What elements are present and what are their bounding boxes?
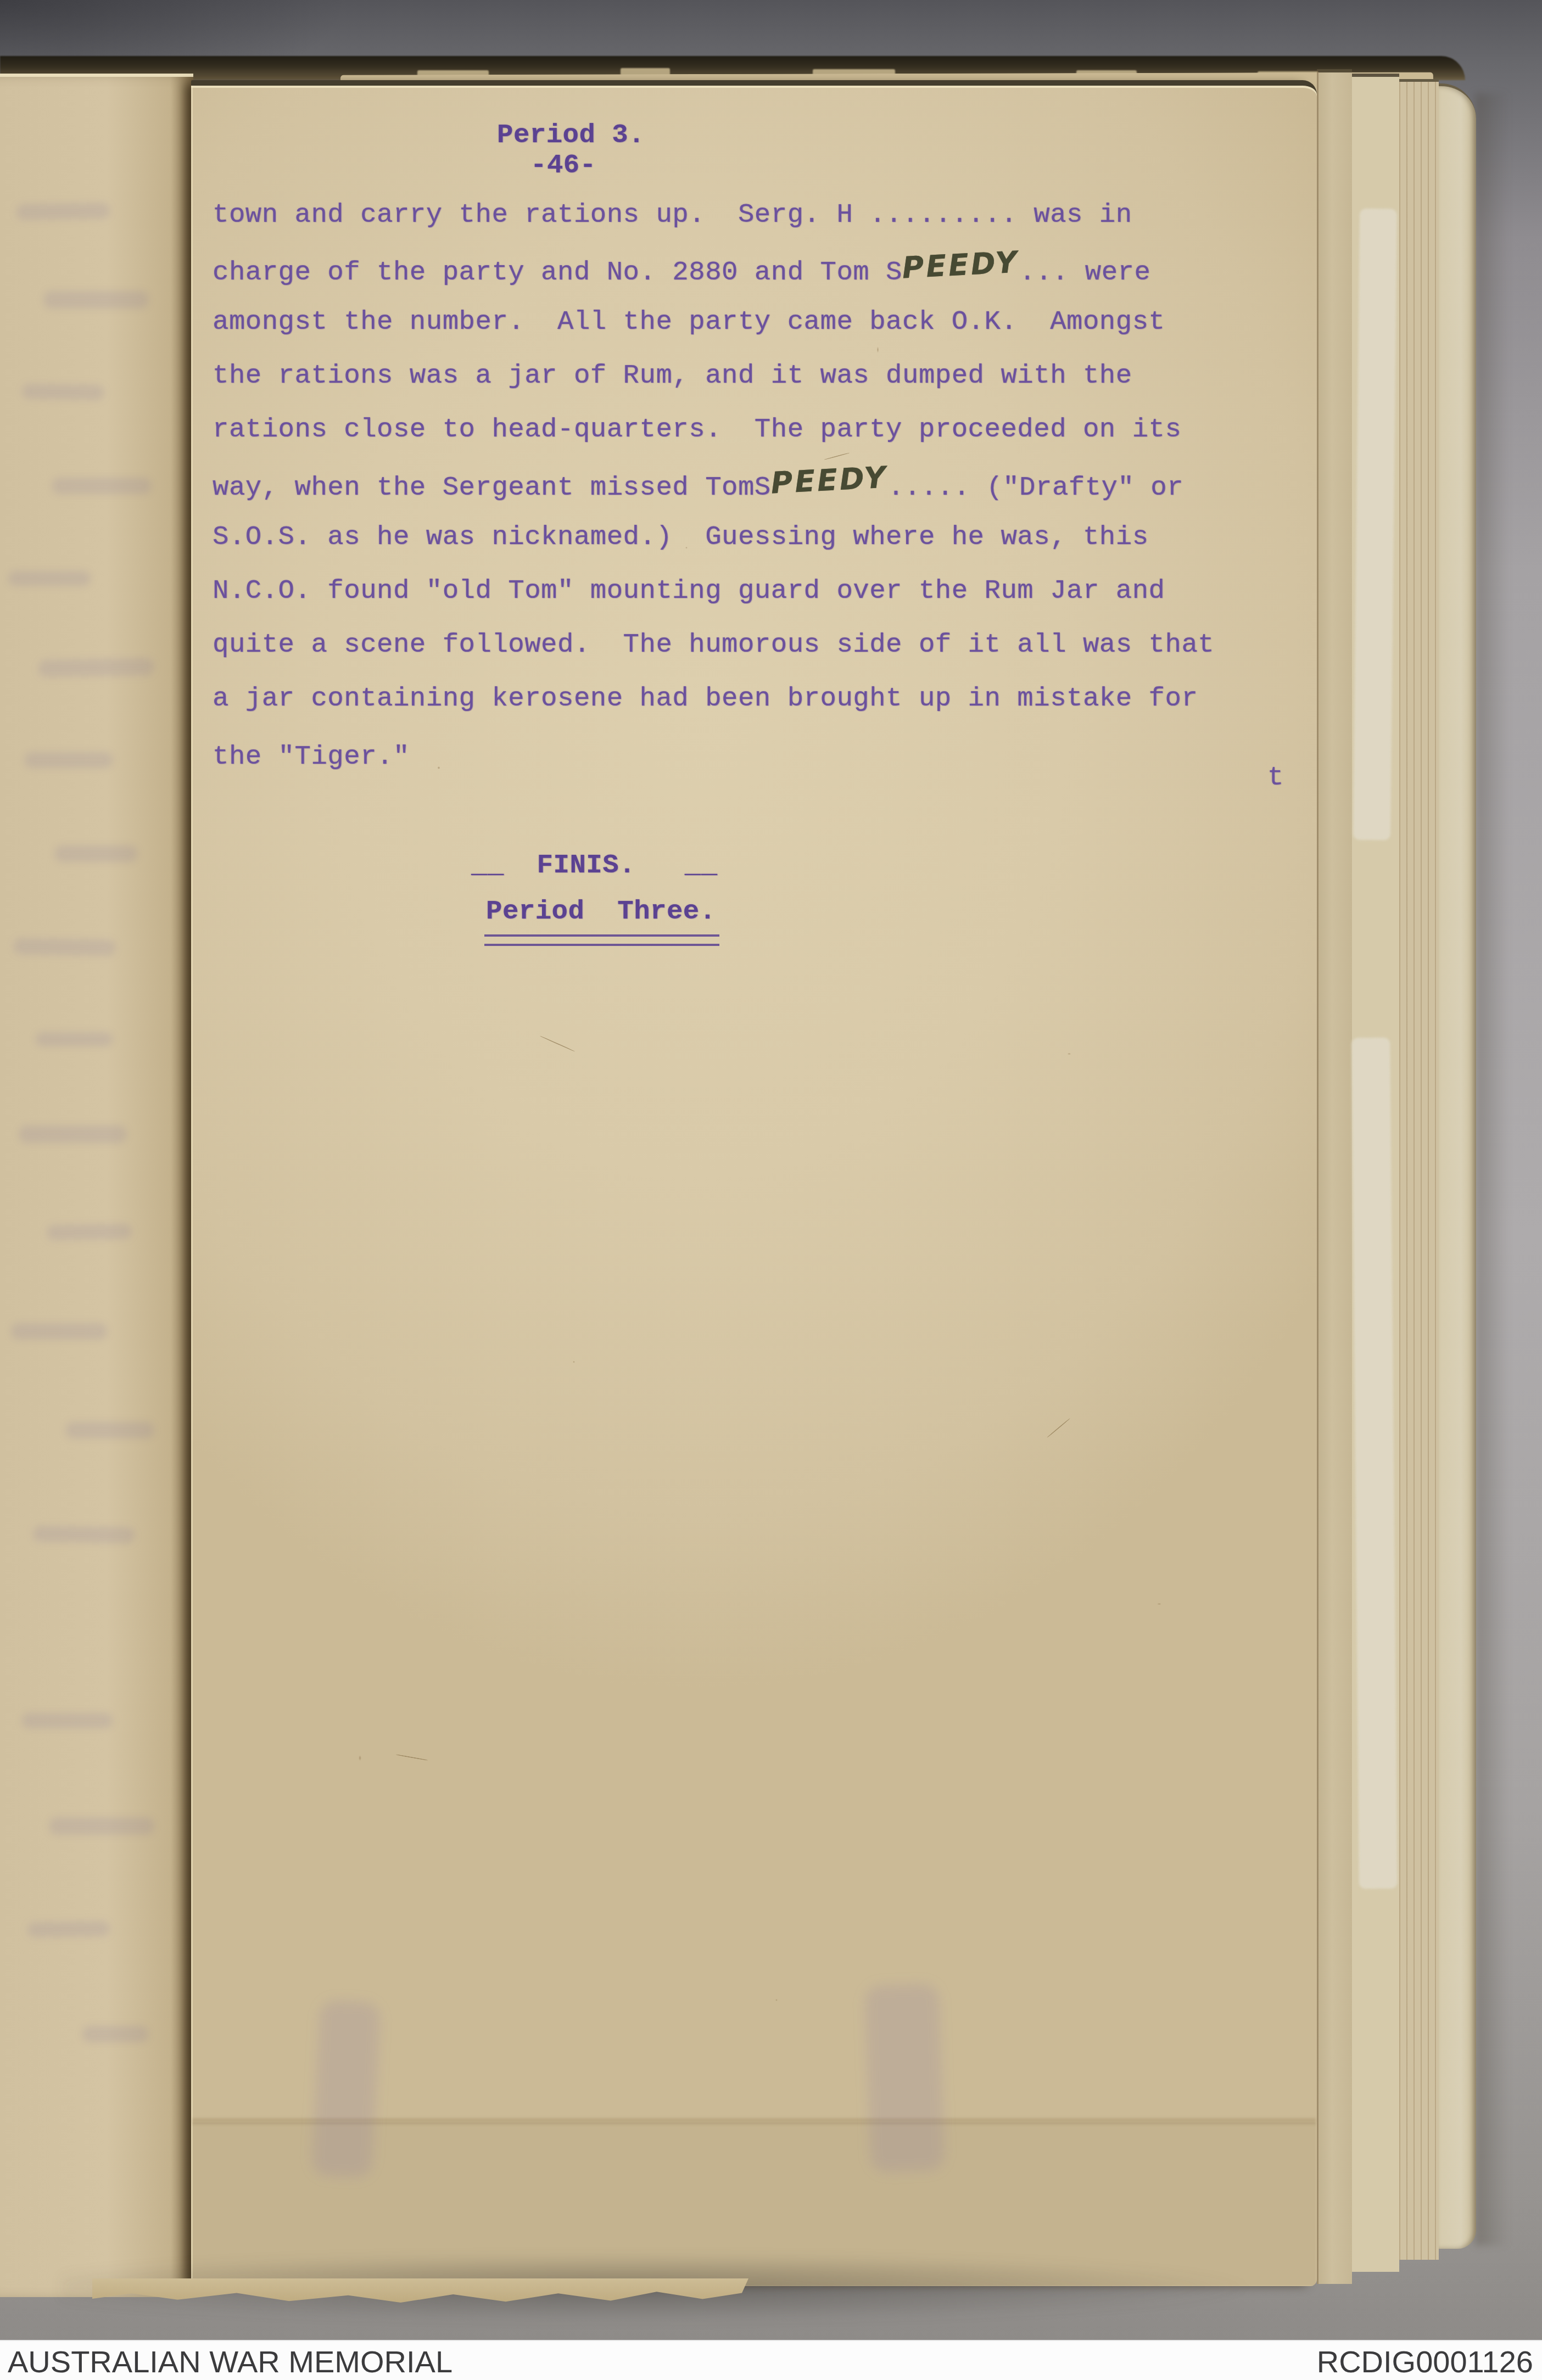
typed-text: ..... ("Drafty" or [888,472,1183,503]
bleedthrough-mark [22,384,104,401]
typed-line: S.O.S. as he was nicknamed.) Guessing wh… [213,521,1149,553]
archive-name-label: AUSTRALIAN WAR MEMORIAL [8,2343,452,2379]
fore-edge-crumple [1351,1038,1398,1889]
ink-smudge-stamp [311,2000,381,2178]
fore-edge-strip [1352,74,1399,2272]
finis-line: __ FINIS. __ [471,849,718,882]
typed-text: S.O.S. as he was nicknamed.) Guessing wh… [213,522,1149,552]
bleedthrough-mark [11,1323,107,1340]
typed-text: the rations was a jar of Rum, and it was… [213,360,1132,391]
handwritten-name: PEEDY [770,460,889,501]
typed-line: the "Tiger." [213,741,410,773]
margin-stray-mark: t [1267,761,1284,794]
bleedthrough-mark [19,1125,126,1143]
bleedthrough-mark [33,1525,135,1543]
typed-line: N.C.O. found "old Tom" mounting guard ov… [213,575,1165,607]
typed-text: ... were [1019,257,1150,288]
period-three-line: Period Three. [486,895,716,928]
fore-edge-strip [1317,69,1352,2284]
section-title: Period 3. [497,119,645,152]
main-page [191,80,1317,2286]
typed-text: charge of the party and No. 2880 and Tom… [213,257,902,288]
bleedthrough-mark [52,478,151,494]
ink-smudge-stamp [864,1984,945,2173]
period-three-underline [484,934,719,946]
typed-line: the rations was a jar of Rum, and it was… [213,360,1132,392]
typed-line: amongst the number. All the party came b… [213,306,1165,338]
bleedthrough-mark [8,571,91,586]
bleedthrough-mark [16,203,110,221]
bleedthrough-mark [38,658,154,677]
typed-text: N.C.O. found "old Tom" mounting guard ov… [213,575,1165,606]
bleedthrough-mark [36,1032,113,1046]
typed-text: town and carry the rations up. Serg. H .… [213,199,1132,230]
book-right-shadow [1475,93,1509,2245]
typed-text: rations close to head-quarters. The part… [213,414,1181,445]
bleedthrough-mark [66,1422,154,1438]
typed-line: a jar containing kerosene had been broug… [213,682,1198,715]
bleedthrough-mark [47,1224,132,1241]
typed-text: amongst the number. All the party came b… [213,306,1165,337]
typed-line: quite a scene followed. The humorous sid… [213,629,1214,661]
typed-line: town and carry the rations up. Serg. H .… [213,199,1132,231]
typed-line: charge of the party and No. 2880 and Tom… [213,252,1150,289]
handwritten-name: PEEDY [901,244,1020,286]
footer-bar: AUSTRALIAN WAR MEMORIAL RCDIG0001126 [0,2340,1542,2380]
bleedthrough-mark [55,845,137,862]
reference-id-label: RCDIG0001126 [1317,2343,1533,2379]
bleedthrough-mark [14,938,115,956]
bleedthrough-mark [25,752,113,768]
fore-edge-strip [1439,83,1476,2249]
typed-line: rations close to head-quarters. The part… [213,413,1181,446]
fore-edge-strip [1399,79,1439,2260]
typed-text: the "Tiger." [213,741,410,772]
bleedthrough-mark [82,2026,148,2042]
bleedthrough-mark [44,291,148,309]
page-number: -46- [530,149,596,182]
fore-edge-crumple [1353,209,1397,841]
typed-text: way, when the Sergeant missed TomS [213,472,771,503]
bleedthrough-mark [22,1713,113,1728]
typed-line: way, when the Sergeant missed TomSPEEDY.… [213,467,1183,504]
bleedthrough-mark [49,1817,154,1835]
left-page-strip [0,74,193,2297]
bleedthrough-mark [27,1921,110,1938]
typed-text: a jar containing kerosene had been broug… [213,683,1198,714]
typed-text: quite a scene followed. The humorous sid… [213,629,1214,660]
scanned-document-photo: { "document": { "header": { "section_tit… [0,0,1542,2380]
